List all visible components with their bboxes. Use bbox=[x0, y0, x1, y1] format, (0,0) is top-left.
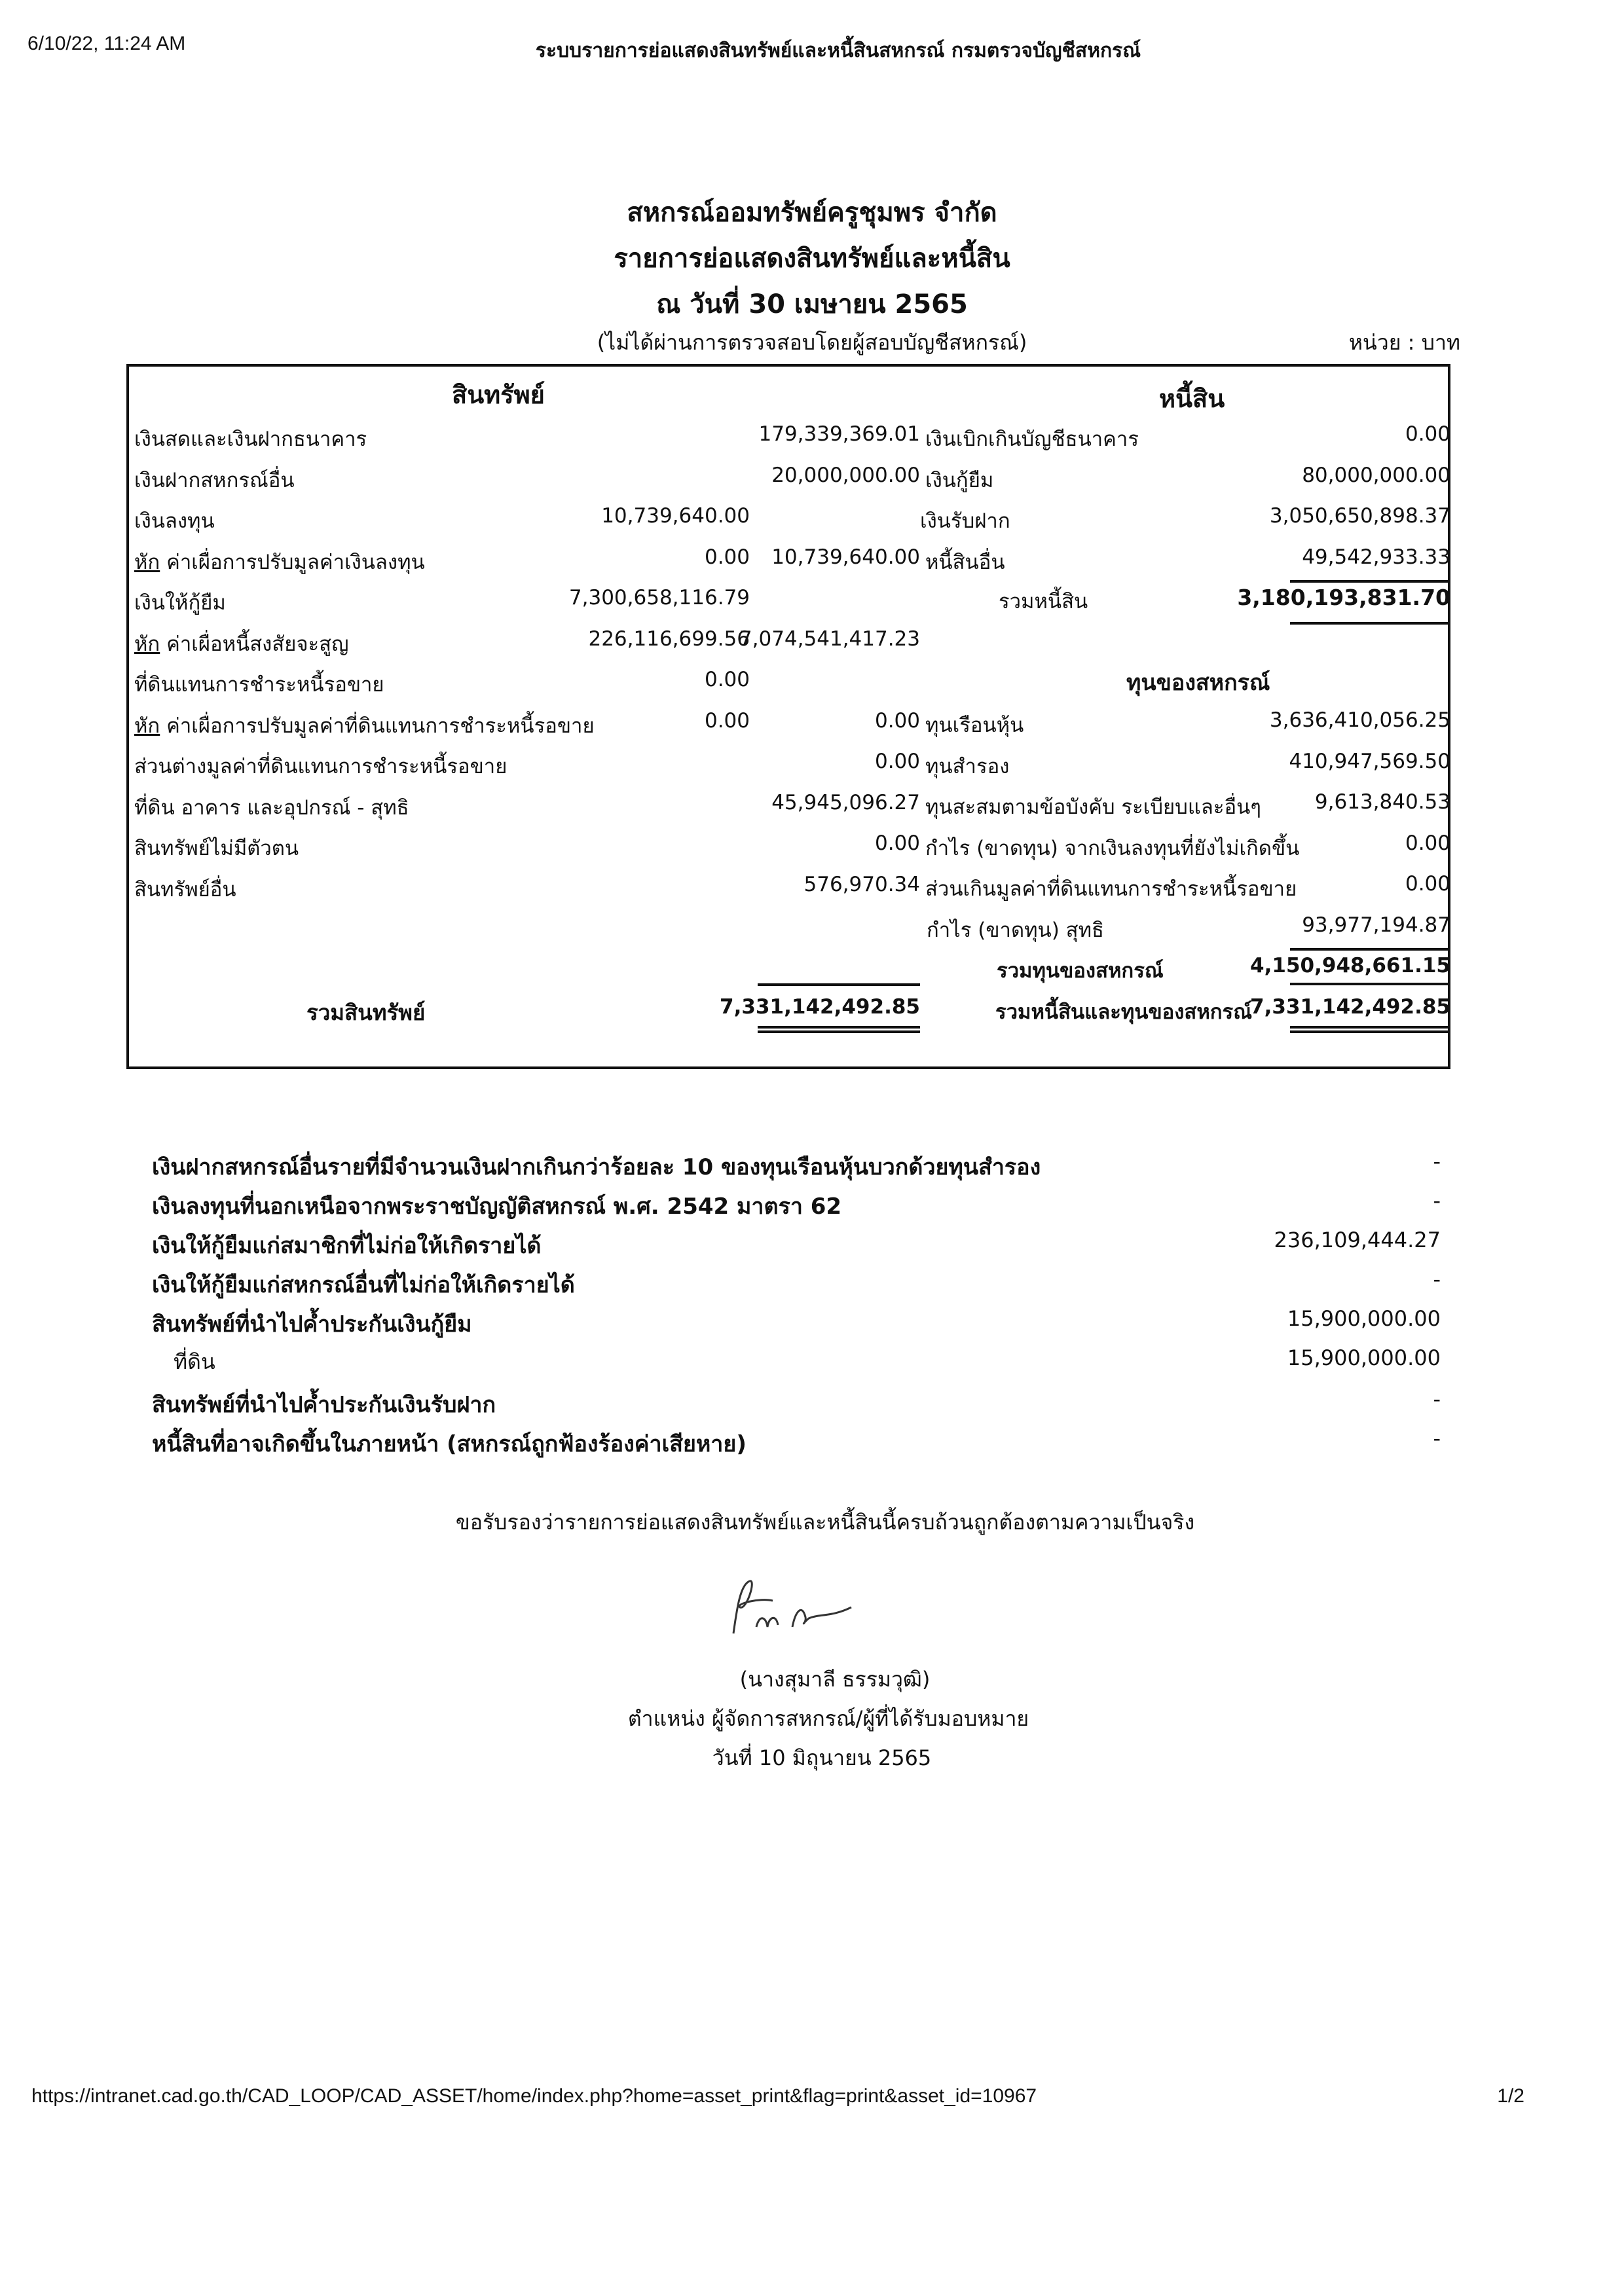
deduct-prefix: หัก bbox=[134, 632, 160, 656]
deduct-prefix: หัก bbox=[134, 714, 160, 738]
unit-label: หน่วย : บาท bbox=[1349, 326, 1460, 359]
report-title: รายการย่อแสดงสินทรัพย์และหนี้สิน bbox=[0, 237, 1624, 279]
asset-row-label: สินทรัพย์อื่น bbox=[134, 873, 236, 905]
asset-row-text: สินทรัพย์อื่น bbox=[134, 878, 236, 902]
note-value: - bbox=[1179, 1149, 1441, 1174]
liability-row-label: เงินรับฝาก bbox=[920, 504, 1010, 537]
liability-row-value: 0.00 bbox=[1234, 422, 1450, 446]
equity-total-rule bbox=[1290, 983, 1450, 985]
asset-row-text: ที่ดินแทนการชำระหนี้รอขาย bbox=[134, 673, 384, 697]
grand-total-value: 7,331,142,492.85 bbox=[1234, 995, 1450, 1019]
print-url[interactable]: https://intranet.cad.go.th/CAD_LOOP/CAD_… bbox=[31, 2085, 1037, 2107]
note-label: ที่ดิน bbox=[174, 1345, 215, 1379]
asset-row-label: หัก ค่าเผื่อหนี้สงสัยจะสูญ bbox=[134, 627, 349, 660]
equity-row-value: 3,636,410,056.25 bbox=[1234, 708, 1450, 732]
asset-row-text: ค่าเผื่อการปรับมูลค่าเงินลงทุน bbox=[166, 551, 425, 574]
asset-row-gross: 7,300,658,116.79 bbox=[534, 586, 750, 610]
asset-row-label: เงินสดและเงินฝากธนาคาร bbox=[134, 422, 367, 455]
asset-row-text: ค่าเผื่อการปรับมูลค่าที่ดินแทนการชำระหนี… bbox=[166, 714, 595, 738]
asset-row-label: ที่ดิน อาคาร และอุปกรณ์ - สุทธิ bbox=[134, 791, 409, 824]
liability-row-label: หนี้สินอื่น bbox=[925, 545, 1005, 578]
asset-row-text: ที่ดิน อาคาร และอุปกรณ์ - สุทธิ bbox=[134, 796, 409, 820]
note-label: สินทรัพย์ที่นำไปค้ำประกันเงินรับฝาก bbox=[152, 1387, 496, 1422]
total-equity-label: รวมทุนของสหกรณ์ bbox=[997, 954, 1164, 987]
total-assets-label: รวมสินทรัพย์ bbox=[306, 995, 425, 1030]
asset-row-label: ส่วนต่างมูลค่าที่ดินแทนการชำระหนี้รอขาย bbox=[134, 750, 507, 782]
liability-row-value: 80,000,000.00 bbox=[1234, 464, 1450, 487]
signature-date: วันที่ 10 มิถุนายน 2565 bbox=[0, 1741, 1624, 1775]
equity-row-value: 410,947,569.50 bbox=[1234, 750, 1450, 773]
certification-statement: ขอรับรองว่ารายการย่อแสดงสินทรัพย์และหนี้… bbox=[0, 1506, 1624, 1539]
equity-row-label: ทุนเรือนหุ้น bbox=[925, 708, 1024, 741]
asset-row-label: เงินลงทุน bbox=[134, 504, 215, 537]
note-value: - bbox=[1179, 1188, 1441, 1213]
equity-row-label: ทุนสำรอง bbox=[925, 750, 1009, 782]
liability-row-label: เงินกู้ยืม bbox=[925, 464, 993, 496]
asset-row-net: 20,000,000.00 bbox=[704, 464, 920, 487]
asset-row-net: 0.00 bbox=[704, 709, 920, 733]
equity-row-value: 0.00 bbox=[1234, 831, 1450, 855]
asset-row-label: ที่ดินแทนการชำระหนี้รอขาย bbox=[134, 668, 384, 701]
grand-double-rule-1 bbox=[1290, 1026, 1450, 1029]
total-liabilities-value: 3,180,193,831.70 bbox=[1234, 585, 1450, 610]
signer-name: (นางสุมาลี ธรรมวุฒิ) bbox=[0, 1663, 1624, 1696]
equity-row-value: 93,977,194.87 bbox=[1234, 913, 1450, 937]
assets-total-rule bbox=[758, 983, 920, 986]
liability-row-value: 3,050,650,898.37 bbox=[1234, 504, 1450, 528]
equity-heading: ทุนของสหกรณ์ bbox=[1126, 665, 1270, 700]
org-name: สหกรณ์ออมทรัพย์ครูชุมพร จำกัด bbox=[0, 191, 1624, 233]
asset-row-text: เงินฝากสหกรณ์อื่น bbox=[134, 469, 295, 492]
equity-subtotal-rule bbox=[1290, 948, 1450, 951]
note-value: - bbox=[1179, 1426, 1441, 1451]
total-rule bbox=[1290, 622, 1450, 625]
asset-row-text: เงินสดและเงินฝากธนาคาร bbox=[134, 428, 367, 451]
asset-row-label: เงินให้กู้ยืม bbox=[134, 586, 226, 619]
assets-double-rule-2 bbox=[758, 1030, 920, 1033]
note-value: 236,109,444.27 bbox=[1179, 1228, 1441, 1252]
grand-total-label: รวมหนี้สินและทุนของสหกรณ์ bbox=[995, 995, 1252, 1028]
asset-row-net: 7,074,541,417.23 bbox=[704, 627, 920, 651]
asset-row-text: เงินให้กู้ยืม bbox=[134, 591, 226, 615]
asset-row-net: 576,970.34 bbox=[704, 873, 920, 896]
equity-row-value: 0.00 bbox=[1234, 872, 1450, 896]
asset-row-net: 179,339,369.01 bbox=[704, 422, 920, 446]
note-value: 15,900,000.00 bbox=[1179, 1306, 1441, 1331]
asset-row-label: สินทรัพย์ไม่มีตัวตน bbox=[134, 831, 299, 864]
total-assets-value: 7,331,142,492.85 bbox=[704, 995, 920, 1019]
deduct-prefix: หัก bbox=[134, 551, 160, 574]
asset-row-gross: 0.00 bbox=[534, 668, 750, 691]
note-label: หนี้สินที่อาจเกิดขึ้นในภายหน้า (สหกรณ์ถู… bbox=[152, 1426, 747, 1461]
subtotal-rule bbox=[1290, 580, 1450, 583]
asset-row-label: หัก ค่าเผื่อการปรับมูลค่าที่ดินแทนการชำร… bbox=[134, 709, 595, 742]
note-value: - bbox=[1179, 1387, 1441, 1412]
signer-position: ตำแหน่ง ผู้จัดการสหกรณ์/ผู้ที่ได้รับมอบห… bbox=[0, 1702, 1624, 1736]
asset-row-net: 45,945,096.27 bbox=[704, 791, 920, 814]
total-liabilities-label: รวมหนี้สิน bbox=[999, 585, 1088, 617]
asset-row-label: เงินฝากสหกรณ์อื่น bbox=[134, 464, 295, 496]
asset-row-gross: 10,739,640.00 bbox=[534, 504, 750, 528]
asset-row-text: เงินลงทุน bbox=[134, 509, 215, 533]
report-date: ณ วันที่ 30 เมษายน 2565 bbox=[0, 283, 1624, 325]
system-title: ระบบรายการย่อแสดงสินทรัพย์และหนี้สินสหกร… bbox=[0, 35, 1624, 66]
assets-heading: สินทรัพย์ bbox=[452, 374, 545, 414]
asset-row-text: สินทรัพย์ไม่มีตัวตน bbox=[134, 837, 299, 860]
signature-icon bbox=[720, 1571, 891, 1643]
asset-row-net: 0.00 bbox=[704, 750, 920, 773]
asset-row-net: 10,739,640.00 bbox=[704, 545, 920, 569]
note-label: เงินลงทุนที่นอกเหนือจากพระราชบัญญัติสหกร… bbox=[152, 1188, 841, 1224]
asset-row-net: 0.00 bbox=[704, 831, 920, 855]
note-value: - bbox=[1179, 1267, 1441, 1292]
page-number: 1/2 bbox=[1497, 2085, 1524, 2107]
equity-row-value: 9,613,840.53 bbox=[1234, 790, 1450, 814]
note-label: เงินฝากสหกรณ์อื่นรายที่มีจำนวนเงินฝากเกิ… bbox=[152, 1149, 1041, 1184]
total-equity-value: 4,150,948,661.15 bbox=[1234, 954, 1450, 977]
note-label: สินทรัพย์ที่นำไปค้ำประกันเงินกู้ยืม bbox=[152, 1306, 472, 1341]
assets-double-rule-1 bbox=[758, 1026, 920, 1029]
grand-double-rule-2 bbox=[1290, 1030, 1450, 1033]
equity-row-label: กำไร (ขาดทุน) สุทธิ bbox=[927, 913, 1104, 946]
asset-row-label: หัก ค่าเผื่อการปรับมูลค่าเงินลงทุน bbox=[134, 545, 425, 578]
note-label: เงินให้กู้ยืมแก่สหกรณ์อื่นที่ไม่ก่อให้เก… bbox=[152, 1267, 575, 1302]
equity-row-label: ทุนสะสมตามข้อบังคับ ระเบียบและอื่นๆ bbox=[925, 790, 1261, 823]
asset-row-text: ค่าเผื่อหนี้สงสัยจะสูญ bbox=[166, 632, 348, 656]
note-label: เงินให้กู้ยืมแก่สมาชิกที่ไม่ก่อให้เกิดรา… bbox=[152, 1228, 542, 1263]
liability-row-label: เงินเบิกเกินบัญชีธนาคาร bbox=[925, 422, 1139, 455]
note-value: 15,900,000.00 bbox=[1179, 1345, 1441, 1370]
liabilities-heading: หนี้สิน bbox=[1159, 378, 1225, 418]
asset-row-text: ส่วนต่างมูลค่าที่ดินแทนการชำระหนี้รอขาย bbox=[134, 755, 507, 778]
liability-row-value: 49,542,933.33 bbox=[1234, 545, 1450, 569]
